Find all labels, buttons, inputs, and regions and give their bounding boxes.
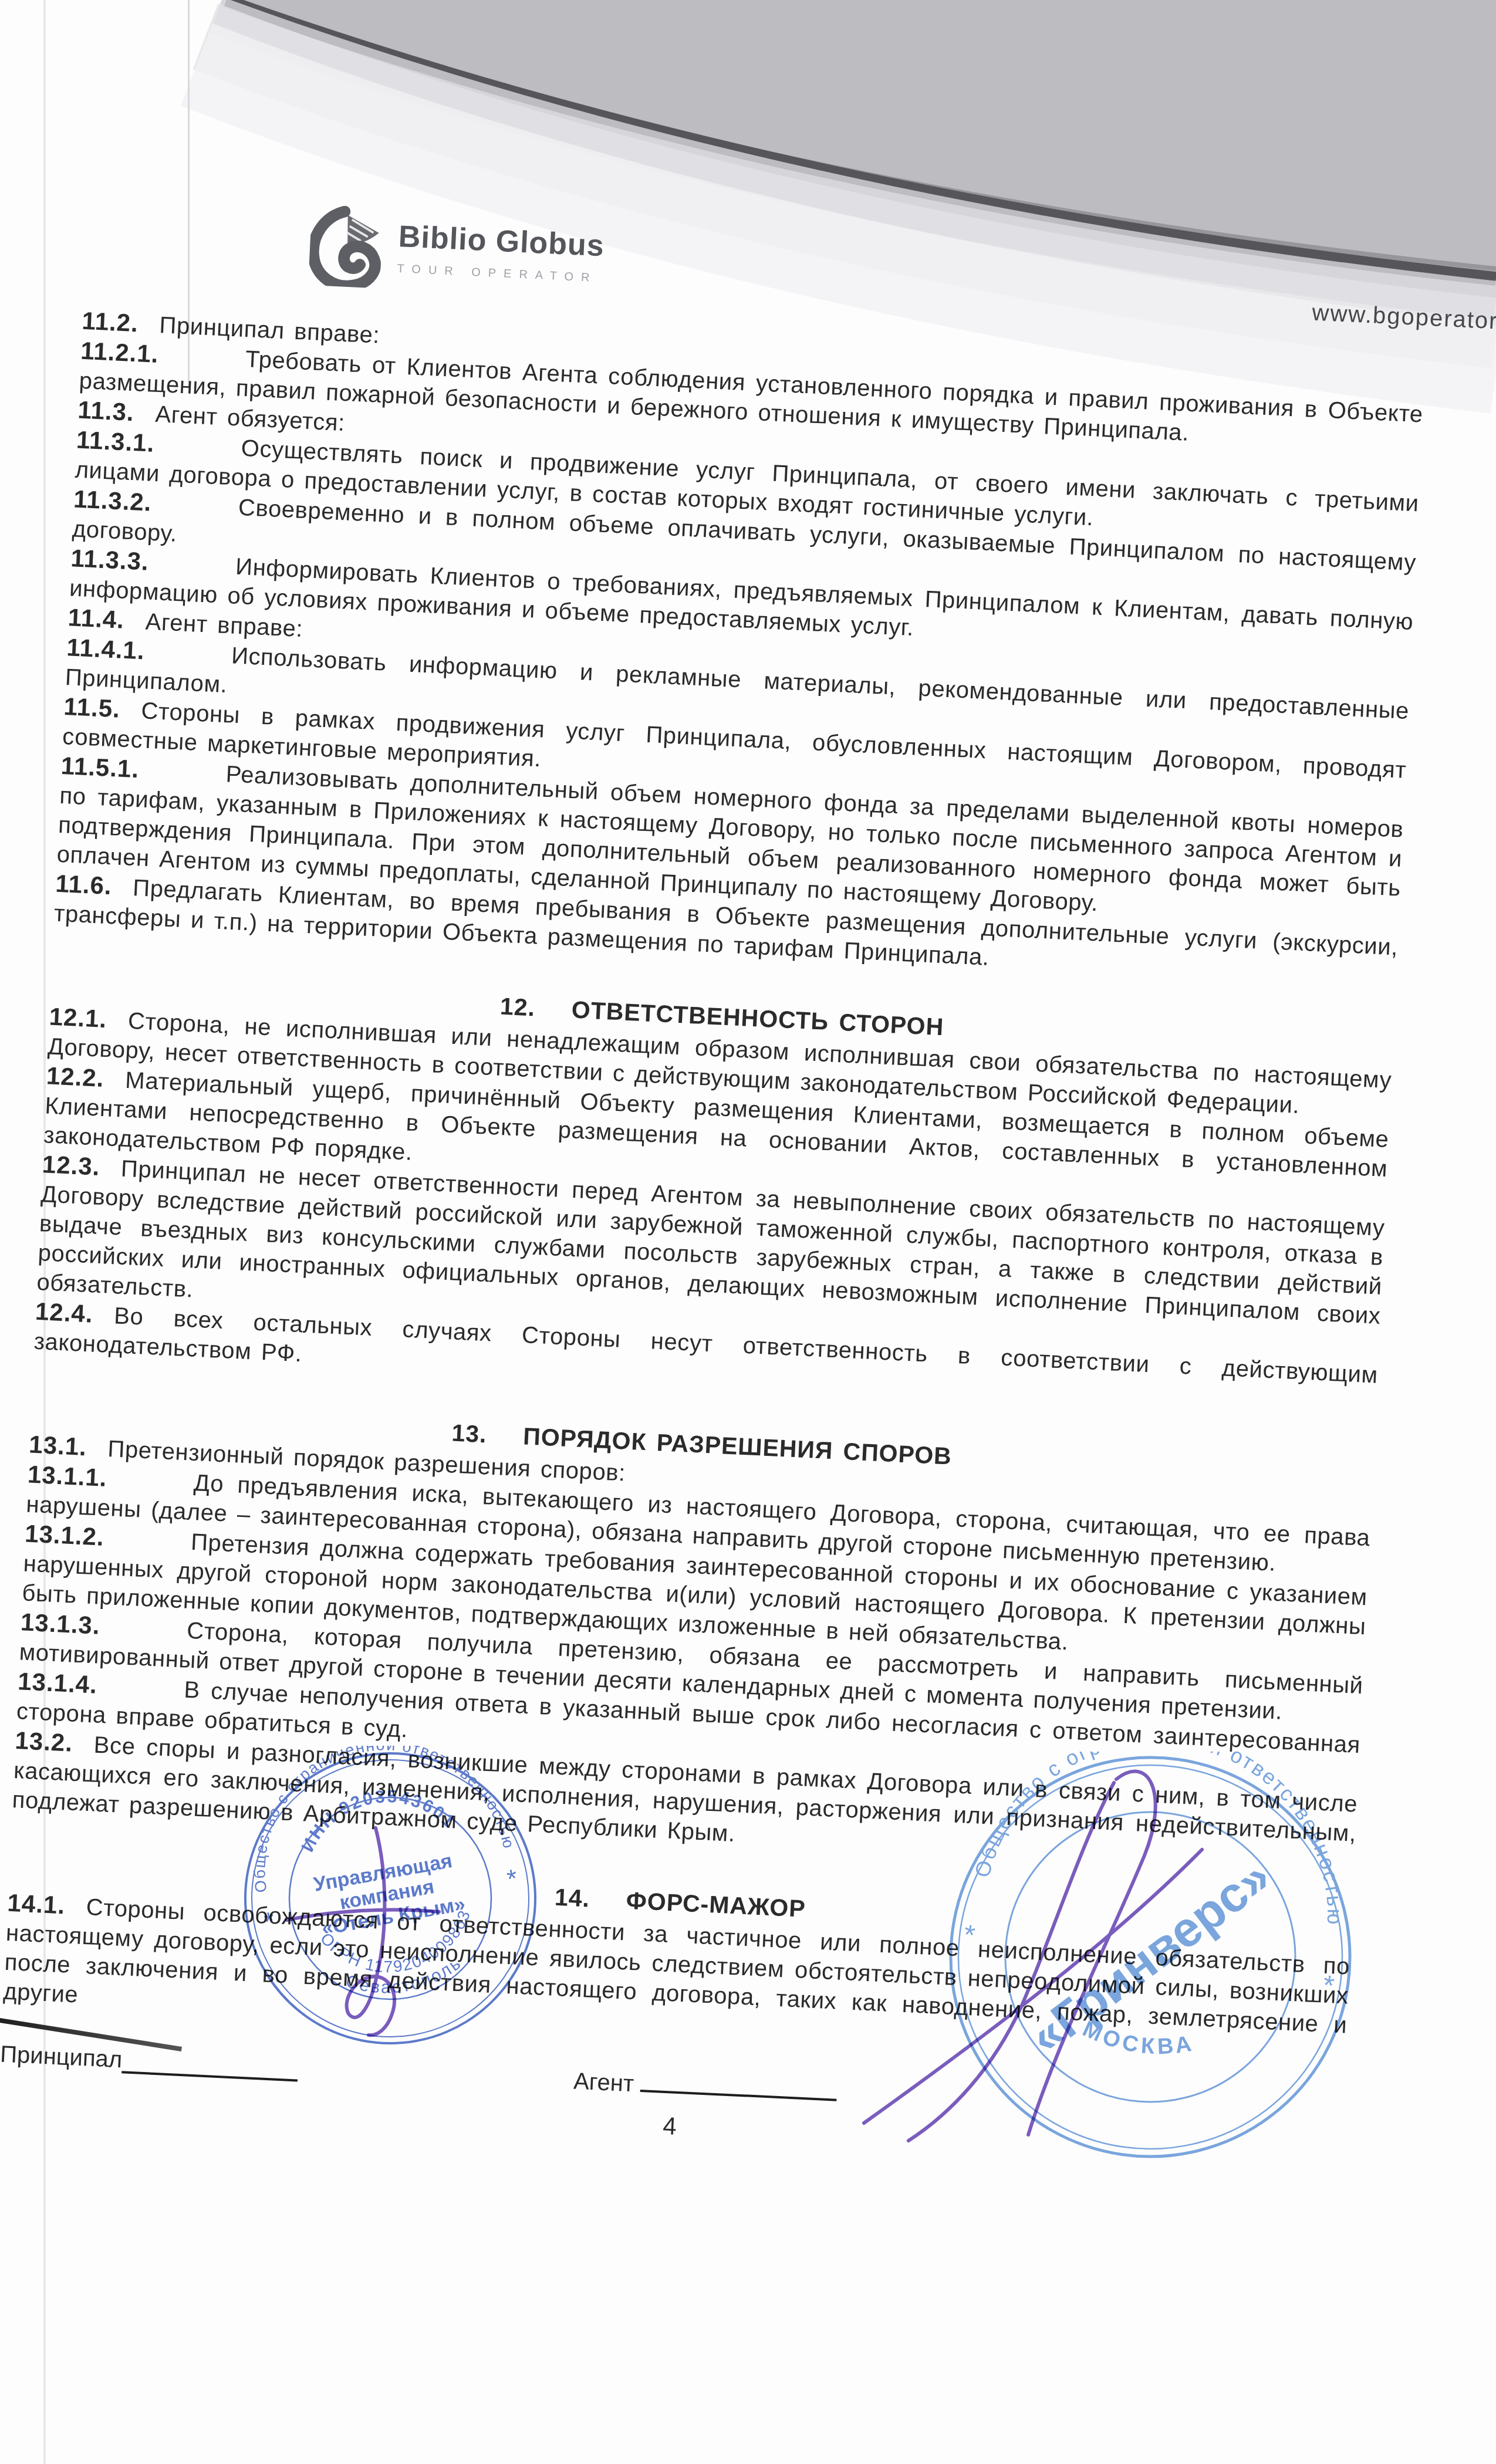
clause-number: 13.1. <box>28 1431 87 1461</box>
agent-stamp-star-right: * <box>1321 1970 1336 2002</box>
agent-stamp: Общество с ограниченной ответственностью… <box>945 1752 1356 2162</box>
agent-signature-line[interactable] <box>640 2084 837 2101</box>
clause-number: 11.3. <box>77 396 135 426</box>
clause-number: 11.6. <box>55 870 112 900</box>
agent-stamp-center: «Гринверс» <box>1019 1848 1281 2064</box>
clause-number: 13.1.3. <box>20 1608 101 1639</box>
agent-stamp-ring-text: Общество с ограниченной ответственностью <box>970 1752 1356 1929</box>
clause-number: 12.1. <box>49 1002 108 1033</box>
clause-number: 11.2. <box>82 307 139 337</box>
principal-stamp-inn: ИНН 9203543601 <box>291 1774 462 1858</box>
section-number: 14. <box>554 1884 590 1912</box>
svg-text:Управляющая компания: Управляющая компания «Отель Крым» <box>312 1848 467 1939</box>
logo: Biblio Globus TOUR OPERATOR <box>308 204 606 299</box>
section-title: ФОРС-МАЖОР <box>626 1887 806 1922</box>
clause-number: 13.1.4. <box>17 1667 98 1698</box>
principal-signature-line[interactable] <box>121 2065 298 2081</box>
clause-number: 12.3. <box>42 1150 101 1181</box>
clause-number: 14.1. <box>7 1889 66 1919</box>
clause-number: 11.4.1. <box>66 633 145 664</box>
clause-number: 11.3.3. <box>70 544 150 575</box>
logo-tagline: TOUR OPERATOR <box>397 262 603 286</box>
clause-number: 11.3.1. <box>76 426 155 457</box>
principal-label: Принципал <box>0 2041 123 2074</box>
svg-text:ИНН 9203543601: ИНН 9203543601 <box>291 1774 462 1858</box>
clause-number: 11.4. <box>67 603 125 633</box>
scanned-contract-page: { "header": { "logo_brand": "Biblio Glob… <box>0 0 1496 2464</box>
clause-number: 11.5.1. <box>60 752 140 783</box>
clause-number: 13.1.1. <box>27 1461 108 1492</box>
agent-block: Агент <box>573 2068 838 2107</box>
principal-stamp-star-left: * <box>262 1907 277 1936</box>
clause-number: 11.3.2. <box>73 485 152 516</box>
clause-number: 11.5. <box>63 692 121 722</box>
clause-number: 13.2. <box>15 1726 74 1757</box>
principal-stamp: Общество с ограниченной ответственностью… <box>238 1746 543 2051</box>
clause-number: 11.2.1. <box>80 337 159 368</box>
clause-number: 12.2. <box>46 1062 105 1092</box>
agent-label: Агент <box>573 2068 634 2097</box>
agent-stamp-star-left: * <box>962 1919 977 1952</box>
section-number: 12. <box>499 993 536 1022</box>
clause-number: 13.1.2. <box>24 1519 105 1550</box>
logo-icon <box>308 204 383 289</box>
section-number: 13. <box>451 1419 488 1448</box>
logo-words: Biblio Globus TOUR OPERATOR <box>397 208 606 285</box>
svg-text:Общество с ограниченной ответс: Общество с ограниченной ответственностью <box>970 1752 1356 1929</box>
clause-number: 12.4. <box>35 1297 94 1328</box>
principal-stamp-star-right: * <box>505 1864 519 1894</box>
logo-brand: Biblio Globus <box>398 219 605 263</box>
